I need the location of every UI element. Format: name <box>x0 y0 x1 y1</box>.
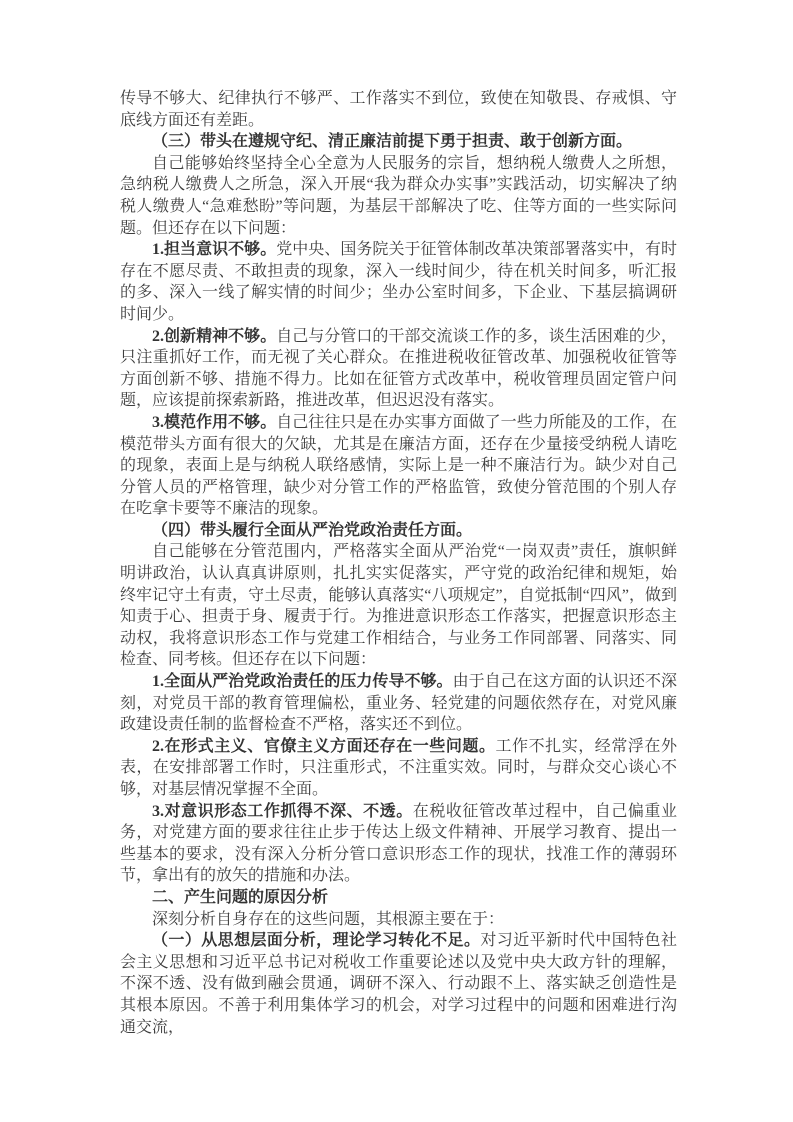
paragraph-lead: 3.模范作用不够。 <box>152 414 276 431</box>
paragraph-lead: 1.全面从严治党政治责任的压力传导不够。 <box>152 673 453 690</box>
paragraph: （一）从思想层面分析，理论学习转化不足。对习近平新时代中国特色社会主义思想和习近… <box>120 930 677 1038</box>
paragraph-text: 自己能够始终坚持全心全意为人民服务的宗旨，想纳税人缴费人之所想，急纳税人缴费人之… <box>120 155 677 237</box>
paragraph: 1.全面从严治党政治责任的压力传导不够。由于自己在这方面的认识还不深刻，对党员干… <box>120 671 677 736</box>
paragraph-lead: （一）从思想层面分析，理论学习转化不足。 <box>152 932 480 949</box>
section-heading: 二、产生问题的原因分析 <box>120 887 677 909</box>
paragraph: 3.对意识形态工作抓得不深、不透。在税收征管改革过程中，自己偏重业务，对党建方面… <box>120 801 677 887</box>
section-heading: （三）带头在遵规守纪、清正廉洁前提下勇于担责、敢于创新方面。 <box>120 131 677 153</box>
paragraph: 自己能够始终坚持全心全意为人民服务的宗旨，想纳税人缴费人之所想，急纳税人缴费人之… <box>120 153 677 239</box>
paragraph-lead: 1.担当意识不够。 <box>152 241 276 258</box>
paragraph-text: 二、产生问题的原因分析 <box>152 889 328 906</box>
paragraph: 自己能够在分管范围内，严格落实全面从严治党“一岗双责”责任，旗帜鲜明讲政治，认认… <box>120 541 677 671</box>
paragraph-text: 自己能够在分管范围内，严格落实全面从严治党“一岗双责”责任，旗帜鲜明讲政治，认认… <box>120 543 677 668</box>
paragraph-text: （三）带头在遵规守纪、清正廉洁前提下勇于担责、敢于创新方面。 <box>152 133 632 150</box>
section-heading: （四）带头履行全面从严治党政治责任方面。 <box>120 520 677 542</box>
paragraph: 2.创新精神不够。自己与分管口的干部交流谈工作的多，谈生活困难的少，只注重抓好工… <box>120 326 677 412</box>
paragraph-lead: 2.创新精神不够。 <box>152 328 276 345</box>
paragraph-text: （四）带头履行全面从严治党政治责任方面。 <box>152 522 472 539</box>
paragraph: 1.担当意识不够。党中央、国务院关于征管体制改革决策部署落实中，有时存在不愿尽责… <box>120 239 677 325</box>
paragraph-lead: 2.在形式主义、官僚主义方面还存在一些问题。 <box>152 738 496 755</box>
paragraph: 3.模范作用不够。自己往往只是在办实事方面做了一些力所能及的工作，在模范带头方面… <box>120 412 677 520</box>
document-body: 传导不够大、纪律执行不够严、工作落实不到位，致使在知敬畏、存戒惧、守底线方面还有… <box>120 88 677 1038</box>
paragraph: 传导不够大、纪律执行不够严、工作落实不到位，致使在知敬畏、存戒惧、守底线方面还有… <box>120 88 677 131</box>
paragraph-text: 传导不够大、纪律执行不够严、工作落实不到位，致使在知敬畏、存戒惧、守底线方面还有… <box>120 90 677 129</box>
paragraph-text: 深刻分析自身存在的这些问题，其根源主要在于： <box>152 911 504 928</box>
document-page: 传导不够大、纪律执行不够严、工作落实不到位，致使在知敬畏、存戒惧、守底线方面还有… <box>0 0 793 1122</box>
paragraph: 2.在形式主义、官僚主义方面还存在一些问题。工作不扎实，经常浮在外表，在安排部署… <box>120 736 677 801</box>
paragraph: 深刻分析自身存在的这些问题，其根源主要在于： <box>120 909 677 931</box>
paragraph-lead: 3.对意识形态工作抓得不深、不透。 <box>152 803 413 820</box>
